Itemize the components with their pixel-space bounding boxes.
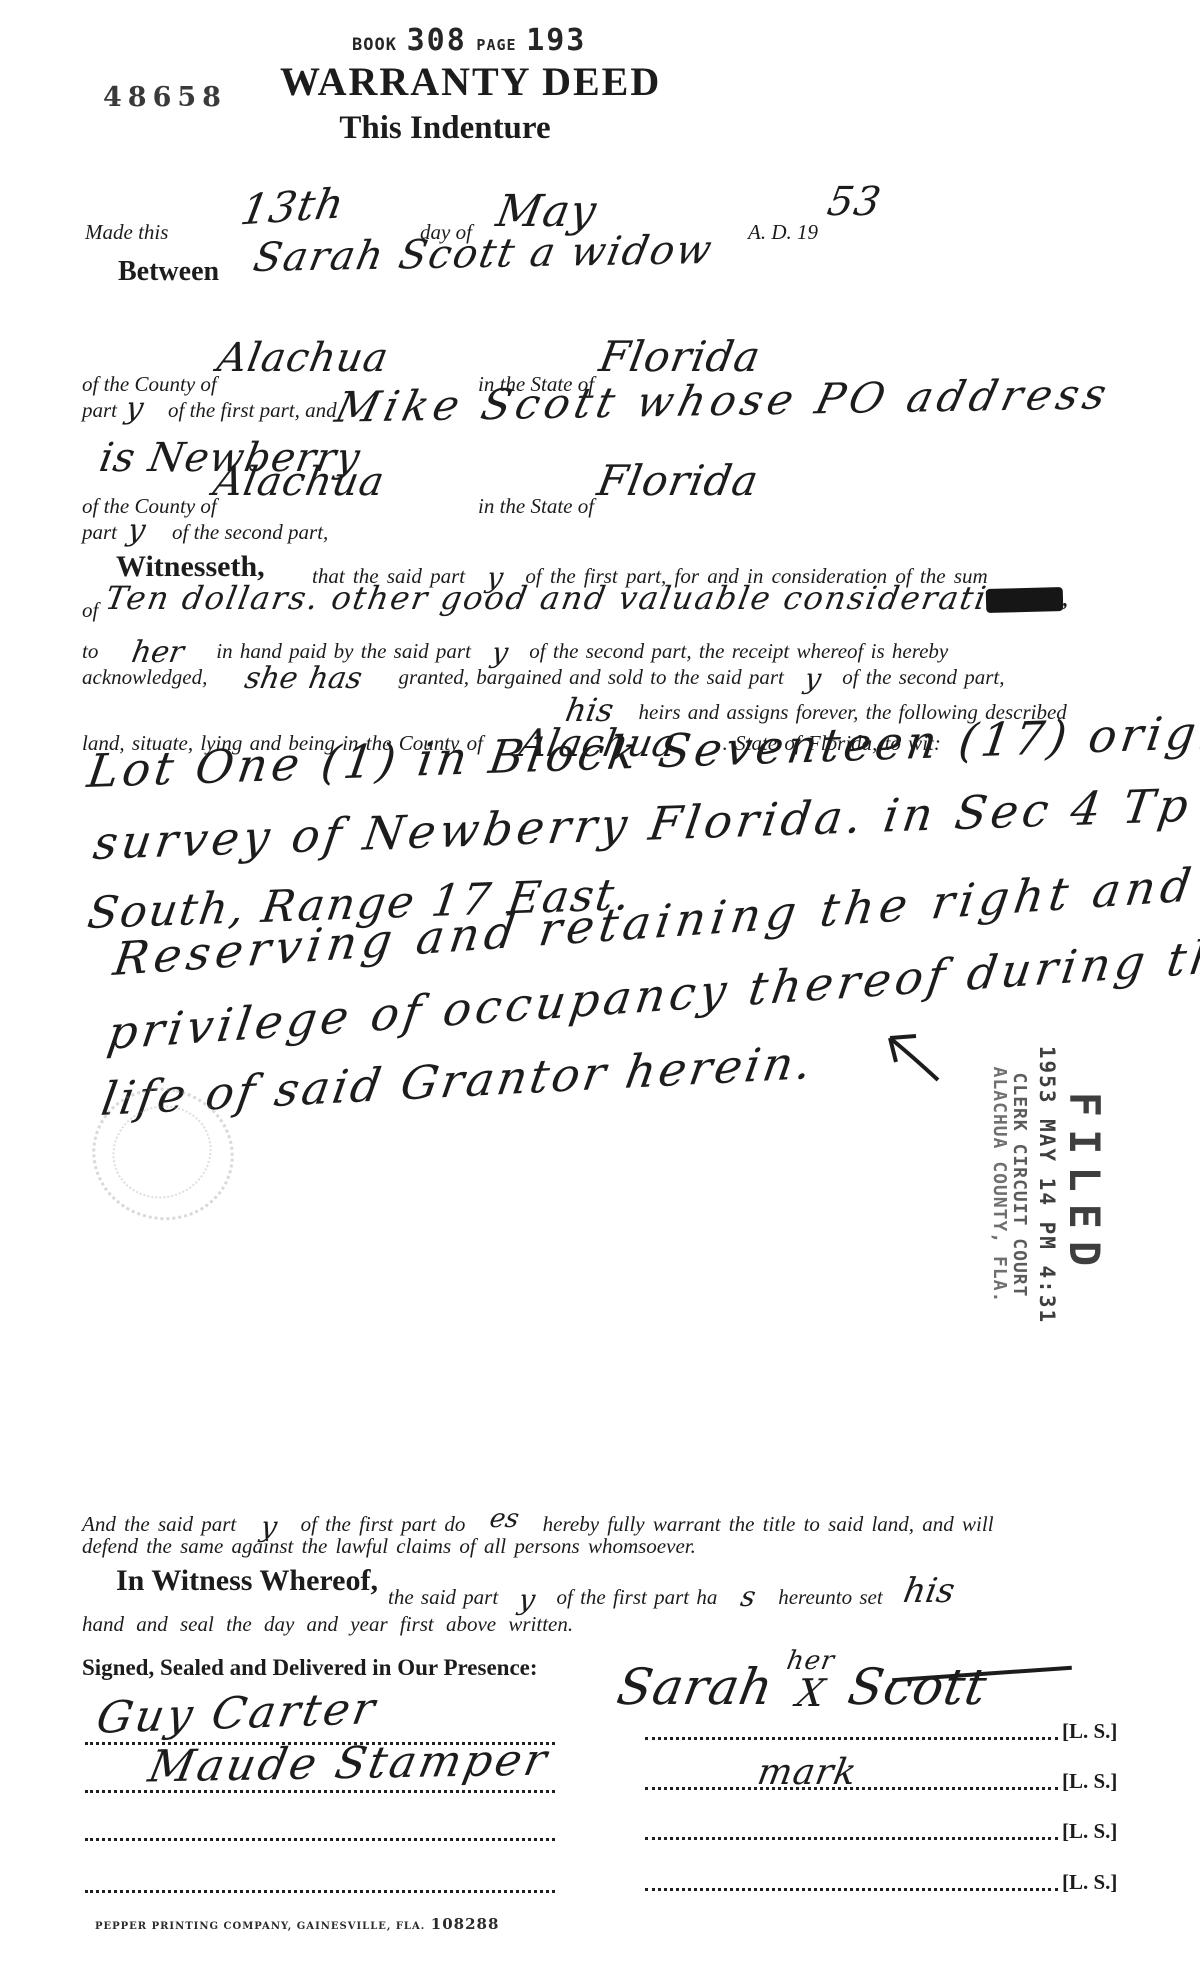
witness-signature-line-2 xyxy=(85,1790,555,1793)
she-has-value: she has xyxy=(242,664,364,694)
ls-label-1: [L. S.] xyxy=(1062,1719,1117,1744)
grantor-signature-line-1 xyxy=(645,1737,1058,1740)
grantor-x-mark: X xyxy=(793,1674,828,1712)
grantor-signature-first: Sarah xyxy=(614,1662,778,1712)
grantor-signature: Sarah her X Scott xyxy=(618,1648,986,1712)
fp-state-value: Florida xyxy=(596,336,764,378)
filed-stamp-datetime: 1953 MAY 14 PM 4:31 xyxy=(1036,1035,1057,1335)
page-label: PAGE xyxy=(476,36,516,54)
warranty-line1: And the said part y of the first part do… xyxy=(82,1508,994,1536)
sp-rest-label: of the second part, xyxy=(172,522,328,543)
sp-part-label: part xyxy=(82,522,117,543)
witnesseth-lead: Witnesseth, xyxy=(116,552,265,582)
witnesseth-l4a: acknowledged, xyxy=(82,665,207,689)
page-subtitle: This Indenture xyxy=(280,112,610,145)
witness-line1: the said part y of the first part ha s h… xyxy=(388,1576,954,1610)
printer-credit: PEPPER PRINTING COMPANY, GAINESVILLE, FL… xyxy=(95,1916,499,1932)
ad-19-label: A. D. 19 xyxy=(748,222,818,243)
struck-comma: , xyxy=(1063,587,1068,611)
sp-county-value: Alachua xyxy=(210,462,387,502)
grantor-name: Sarah Scott a widow xyxy=(250,230,716,278)
warranty-l1b: of the first part do xyxy=(301,1512,466,1536)
witness-line2: hand and seal the day and year first abo… xyxy=(82,1614,573,1635)
sp-of-county-label: of the County of xyxy=(82,496,217,517)
struck-word: Dollars xyxy=(986,587,1064,613)
book-page-stamp: BOOK 308 PAGE 193 xyxy=(352,26,586,56)
witness-signature-line-3 xyxy=(85,1838,555,1841)
witnesseth-l4-part-letter: y xyxy=(803,665,824,693)
witness-l1a: the said part xyxy=(388,1585,498,1609)
witness-signature-line-4 xyxy=(85,1890,555,1893)
year-value: 53 xyxy=(824,182,884,222)
filed-stamp: FILED 1953 MAY 14 PM 4:31 CLERK CIRCUIT … xyxy=(990,1035,1105,1335)
printer-number: 108288 xyxy=(431,1915,500,1933)
ls-label-2: [L. S.] xyxy=(1062,1769,1117,1794)
warranty-line2: defend the same against the lawful claim… xyxy=(82,1536,696,1557)
fp-grantee-value: Mike Scott whose PO address xyxy=(332,373,1116,428)
witness-l1b: of the first part ha xyxy=(557,1585,718,1609)
grantor-mark-label: mark xyxy=(755,1755,860,1791)
witnesseth-l4b: granted, bargained and sold to the said … xyxy=(398,665,783,689)
fp-of-county-label: of the County of xyxy=(82,374,217,395)
presence-label: Signed, Sealed and Delivered in Our Pres… xyxy=(82,1656,538,1679)
fp-part-letter: y xyxy=(123,394,146,424)
warranty-do-es: es xyxy=(487,1506,520,1532)
filed-stamp-clerk: CLERK CIRCUIT COURT xyxy=(1010,1035,1028,1335)
witnesseth-l4c: of the second part, xyxy=(842,665,1004,689)
warranty-l1a: And the said part xyxy=(82,1512,236,1536)
fp-rest-label: of the first part, and xyxy=(168,400,337,421)
page-title: WARRANTY DEED xyxy=(280,62,650,102)
fp-county-value: Alachua xyxy=(214,338,391,378)
sp-in-state-label: in the State of xyxy=(478,496,594,517)
ls-label-4: [L. S.] xyxy=(1062,1870,1117,1895)
witness-part-letter: y xyxy=(517,1586,538,1614)
grantor-signature-line-4 xyxy=(645,1888,1058,1891)
printer-name: PEPPER PRINTING COMPANY, GAINESVILLE, FL… xyxy=(95,1921,425,1932)
witness1-signature: Guy Carter xyxy=(93,1687,381,1741)
fp-part-label: part xyxy=(82,400,117,421)
book-number: 308 xyxy=(407,23,467,58)
witness2-signature: Maude Stamper xyxy=(145,1739,553,1790)
consideration-value: Ten dollars. other good and valuable con… xyxy=(103,582,1052,614)
month-value: May xyxy=(493,190,600,234)
witnesseth-l2a: of xyxy=(82,600,98,621)
grantor-signature-line-2 xyxy=(645,1787,1058,1790)
scanned-warranty-deed-page: { "page": { "book_stamp": { "book_label"… xyxy=(0,0,1200,1982)
grantor-signature-line-3 xyxy=(645,1837,1058,1840)
ls-label-3: [L. S.] xyxy=(1062,1819,1117,1844)
grantor-signature-last: Scott xyxy=(844,1662,990,1712)
document-number-stamp: 48658 xyxy=(103,84,227,111)
witness-l1c: hereunto set xyxy=(778,1585,882,1609)
filed-stamp-filed: FILED xyxy=(1063,1035,1105,1335)
grantor-her-x-mark: her X xyxy=(787,1648,835,1712)
book-label: BOOK xyxy=(352,35,397,55)
warranty-l1c: hereby fully warrant the title to said l… xyxy=(543,1512,994,1536)
pen-arrow-mark xyxy=(872,1022,952,1092)
witness-ha-s: s xyxy=(738,1583,757,1611)
sp-part-letter: y xyxy=(125,516,148,546)
filed-stamp-county: ALACHUA COUNTY, FLA. xyxy=(990,1035,1008,1335)
sp-state-value: Florida xyxy=(594,460,762,502)
made-this-label: Made this xyxy=(85,222,168,243)
struck-dollars: Dollars, xyxy=(986,588,1068,612)
witness-his-value: his xyxy=(901,1574,957,1608)
day-value: 13th xyxy=(237,183,347,232)
witnesseth-line4: acknowledged, she has granted, bargained… xyxy=(82,660,1005,690)
witness-lead: In Witness Whereof, xyxy=(116,1566,378,1596)
page-number: 193 xyxy=(526,23,586,58)
between-label: Between xyxy=(118,258,219,286)
